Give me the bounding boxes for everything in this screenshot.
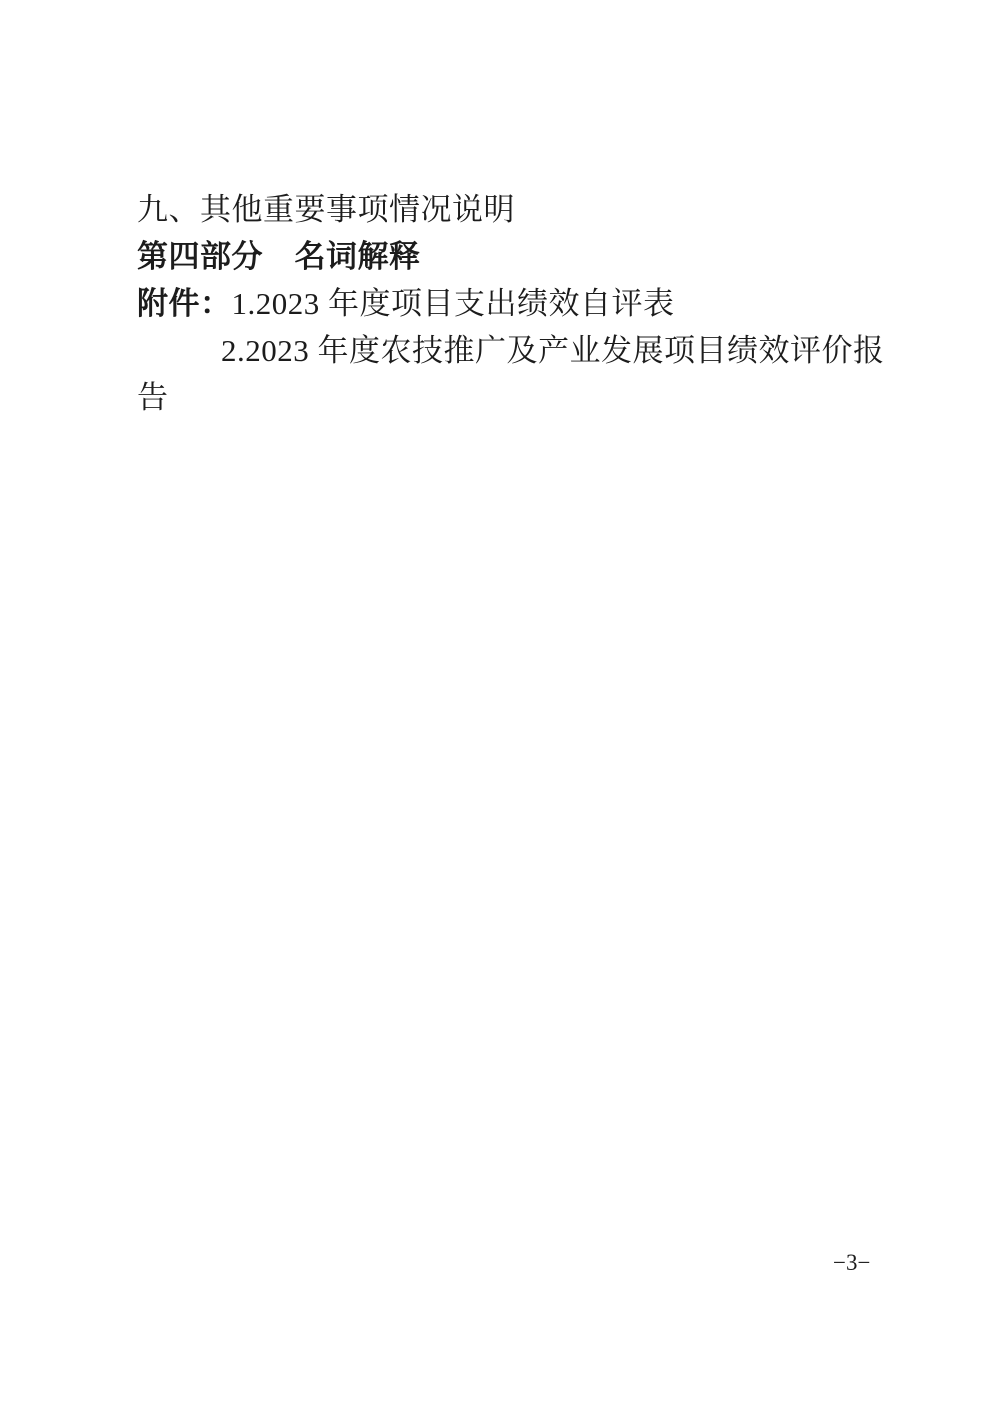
page-number: −3−	[833, 1246, 870, 1280]
attachment-2-title: 2.2023 年度农技推广及产业发展项目绩效评价报	[137, 327, 887, 374]
attachment-2-title-continuation: 告	[137, 374, 887, 421]
document-page: 九、其他重要事项情况说明 第四部分 名词解释 附件：1.2023 年度项目支出绩…	[0, 0, 1000, 1414]
heading-part-four-glossary: 第四部分 名词解释	[137, 233, 887, 280]
attachment-line-1: 附件：1.2023 年度项目支出绩效自评表	[137, 280, 887, 327]
heading-other-important-matters: 九、其他重要事项情况说明	[137, 186, 887, 233]
document-body: 九、其他重要事项情况说明 第四部分 名词解释 附件：1.2023 年度项目支出绩…	[137, 186, 887, 421]
attachment-label: 附件：	[137, 286, 232, 321]
attachment-1-title: 1.2023 年度项目支出绩效自评表	[232, 286, 675, 321]
